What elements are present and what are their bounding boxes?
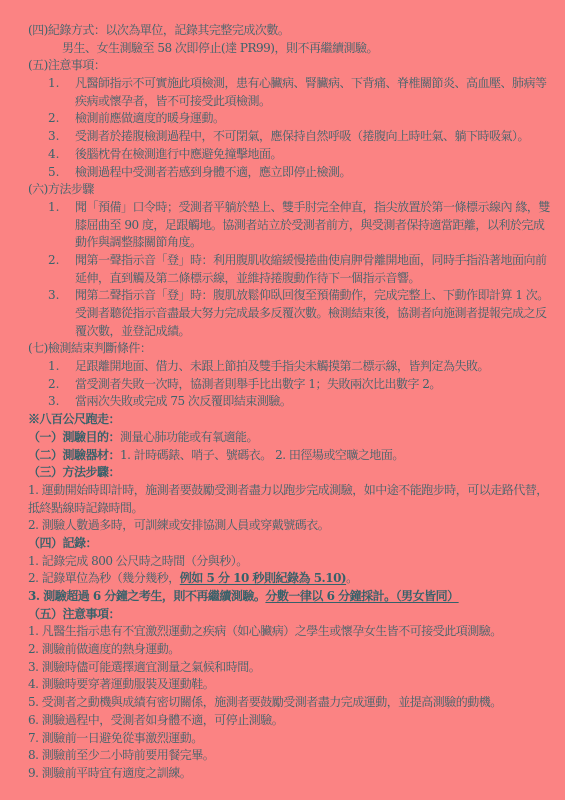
text-line: 2. 測驗前做適度的熱身運動。 xyxy=(28,641,551,659)
text-line: 疾病或懷孕者，皆不可接受此項檢測。 xyxy=(75,93,551,111)
text-line: 延伸，直到觸及第二條標示線，並維持捲腹動作待下一個指示音響。 xyxy=(75,270,551,288)
text-segment: 檢測前應做適度的暖身運動。 xyxy=(75,111,225,125)
text-line: 4.後腦枕骨在檢測進行中應避免撞擊地面。 xyxy=(48,146,551,164)
text-line: 覆次數，並登記成績。 xyxy=(75,323,551,341)
text-line: 受測者聽從指示音盡最大努力完成最多反覆次數。檢測結束後，協測者向施測者提報完成之… xyxy=(75,305,551,323)
text-segment: 後腦枕骨在檢測進行中應避免撞擊地面。 xyxy=(75,147,282,161)
list-item-number: 1. xyxy=(48,75,75,93)
text-segment: 例如 5 分 10 秒則紀錄為 5.10) xyxy=(180,571,346,585)
text-line: 3. 測驗時儘可能選擇適宜測量之氣候和時間。 xyxy=(28,659,551,677)
text-segment: （三）方法步驟： xyxy=(28,465,120,479)
text-line: 1.足跟離開地面、借力、未跟上節拍及雙手指尖未觸摸第二標示線，皆判定為失敗。 xyxy=(48,358,551,376)
text-segment: 6. 測驗過程中，受測者如身體不適，可停止測驗。 xyxy=(28,713,283,727)
text-line: （三）方法步驟： xyxy=(28,464,551,482)
text-line: 2.當受測者失敗一次時，協測者則舉手比出數字 1；失敗兩次比出數字 2。 xyxy=(48,376,551,394)
text-segment: 受測者於捲腹檢測過程中，不可閉氣，應保持自然呼吸（捲腹向上時吐氣、躺下時吸氣）。 xyxy=(75,129,529,143)
text-segment: 測量心肺功能或有氧適能。 xyxy=(120,430,258,444)
text-segment: 1. 記錄完成 800 公尺時之時間（分與秒）。 xyxy=(28,554,248,568)
text-segment: 凡醫師指示不可實施此項檢測，患有心臟病、腎臟病、下背痛、脊椎關節炎、高血壓、肺病… xyxy=(75,76,547,90)
text-segment: 1. 凡醫生指示患有不宜激烈運動之疾病（如心臟病）之學生或懷孕女生皆不可接受此項… xyxy=(28,624,502,638)
text-segment: 覆次數，並登記成績。 xyxy=(75,324,190,338)
text-line: 3. 測驗超過 6 分鐘之考生，則不再繼續測驗。分數一律以 6 分鐘採計。（男女… xyxy=(28,588,551,606)
list-item-number: 2. xyxy=(48,376,75,394)
document-body: (四)紀錄方式：以次為單位，記錄其完整完成次數。男生、女生測驗至 58 次即停止… xyxy=(28,22,551,783)
text-segment: 分數一律以 6 分鐘採計。（男女皆同） xyxy=(265,589,458,603)
list-item-number: 4. xyxy=(48,146,75,164)
text-line: 膝屈曲至 90 度，足跟觸地。協測者站立於受測者前方，與受測者保持適當距離，以利… xyxy=(75,217,551,235)
text-segment: 4. 測驗時要穿著運動服裝及運動鞋。 xyxy=(28,677,214,691)
text-line: 2.聞第一聲指示音「登」時：利用腹肌收縮緩慢捲曲使肩胛骨離開地面，同時手指沿著地… xyxy=(48,252,551,270)
text-segment: 抵終點線時記錄時間。 xyxy=(28,501,143,515)
text-segment: 男生、女生測驗至 58 次即停止(達 PR99)，則不再繼續測驗。 xyxy=(62,41,378,55)
text-line: ※八百公尺跑走： xyxy=(28,411,551,429)
text-line: （五）注意事項： xyxy=(28,606,551,624)
text-line: 1.聞「預備」口令時；受測者平躺於墊上、雙手肘完全伸直，指尖放置於第一條標示線內… xyxy=(48,199,551,217)
text-segment: 1. 運動開始時即計時，施測者要鼓勵受測者盡力以跑步完成測驗，如中途不能跑步時，… xyxy=(28,483,548,497)
text-segment: 2. 測驗前做適度的熱身運動。 xyxy=(28,642,180,656)
text-line: 7. 測驗前一日避免從事激烈運動。 xyxy=(28,730,551,748)
text-line: 8. 測驗前至少二小時前要用餐完畢。 xyxy=(28,747,551,765)
list-item-number: 3. xyxy=(48,128,75,146)
text-segment: 聞第一聲指示音「登」時：利用腹肌收縮緩慢捲曲使肩胛骨離開地面，同時手指沿著地面向… xyxy=(75,253,547,267)
text-segment: ※八百公尺跑走： xyxy=(28,412,120,426)
text-segment: （四）記錄： xyxy=(28,536,97,550)
text-segment: 2. 記錄單位為秒（幾分幾秒， xyxy=(28,571,180,585)
text-line: (四)紀錄方式：以次為單位，記錄其完整完成次數。 xyxy=(28,22,551,40)
text-segment: 檢測過程中受測者若感到身體不適，應立即停止檢測。 xyxy=(75,165,351,179)
text-line: 2.檢測前應做適度的暖身運動。 xyxy=(48,110,551,128)
text-line: 9. 測驗前平時宜有適度之訓練。 xyxy=(28,765,551,783)
text-segment: 8. 測驗前至少二小時前要用餐完畢。 xyxy=(28,748,214,762)
text-segment: 當兩次失敗或完成 75 次反覆即結束測驗。 xyxy=(75,394,291,408)
text-segment: 受測者聽從指示音盡最大努力完成最多反覆次數。檢測結束後，協測者向施測者提報完成之… xyxy=(75,306,547,320)
text-line: (六)方法步驟 xyxy=(28,181,551,199)
text-line: 2. 記錄單位為秒（幾分幾秒，例如 5 分 10 秒則紀錄為 5.10)。 xyxy=(28,570,551,588)
text-line: 5.檢測過程中受測者若感到身體不適，應立即停止檢測。 xyxy=(48,164,551,182)
text-line: 3.當兩次失敗或完成 75 次反覆即結束測驗。 xyxy=(48,393,551,411)
text-line: 5. 受測者之動機與成績有密切關係，施測者要鼓勵受測者盡力完成運動，並提高測驗的… xyxy=(28,694,551,712)
text-line: 1. 運動開始時即計時，施測者要鼓勵受測者盡力以跑步完成測驗，如中途不能跑步時，… xyxy=(28,482,551,500)
text-segment: (五)注意事項： xyxy=(28,58,105,72)
list-item-number: 5. xyxy=(48,164,75,182)
text-line: 3.聞第二聲指示音「登」時：腹肌放鬆仰臥回復至預備動作，完成完整上、下動作即計算… xyxy=(48,287,551,305)
text-line: (五)注意事項： xyxy=(28,57,551,75)
list-item-number: 3. xyxy=(48,287,75,305)
text-line: （四）記錄： xyxy=(28,535,551,553)
list-item-number: 3. xyxy=(48,393,75,411)
text-segment: 2. 測驗人數過多時，可訓練或安排協測人員或穿戴號碼衣。 xyxy=(28,518,329,532)
text-line: 2. 測驗人數過多時，可訓練或安排協測人員或穿戴號碼衣。 xyxy=(28,517,551,535)
text-segment: 9. 測驗前平時宜有適度之訓練。 xyxy=(28,766,191,780)
text-segment: 3. 測驗時儘可能選擇適宜測量之氣候和時間。 xyxy=(28,660,260,674)
text-segment: 7. 測驗前一日避免從事激烈運動。 xyxy=(28,731,203,745)
list-item-number: 2. xyxy=(48,110,75,128)
text-segment: 足跟離開地面、借力、未跟上節拍及雙手指尖未觸摸第二標示線，皆判定為失敗。 xyxy=(75,359,489,373)
list-item-number: 2. xyxy=(48,252,75,270)
text-segment: 膝屈曲至 90 度，足跟觸地。協測者站立於受測者前方，與受測者保持適當距離，以利… xyxy=(75,218,544,232)
text-segment: 延伸，直到觸及第二條標示線，並維持捲腹動作待下一個指示音響。 xyxy=(75,271,420,285)
text-segment: （一）測驗目的： xyxy=(28,430,120,444)
document-page: (四)紀錄方式：以次為單位，記錄其完整完成次數。男生、女生測驗至 58 次即停止… xyxy=(0,0,565,800)
text-segment: (四)紀錄方式：以次為單位，記錄其完整完成次數。 xyxy=(28,23,289,37)
text-segment: （五）注意事項： xyxy=(28,607,120,621)
text-segment: (七)檢測結束判斷條件： xyxy=(28,341,151,355)
text-segment: 動作與調整膝關節角度。 xyxy=(75,235,202,249)
text-line: 動作與調整膝關節角度。 xyxy=(75,234,551,252)
text-line: （二）測驗器材：1. 計時碼錶、哨子、號碼衣。 2. 田徑場或空曠之地面。 xyxy=(28,447,551,465)
text-line: 6. 測驗過程中，受測者如身體不適，可停止測驗。 xyxy=(28,712,551,730)
text-segment: 疾病或懷孕者，皆不可接受此項檢測。 xyxy=(75,94,271,108)
text-line: 1. 凡醫生指示患有不宜激烈運動之疾病（如心臟病）之學生或懷孕女生皆不可接受此項… xyxy=(28,623,551,641)
text-segment: （二）測驗器材： xyxy=(28,448,120,462)
text-segment: 3. 測驗超過 6 分鐘之考生，則不再繼續測驗。 xyxy=(28,589,265,603)
text-segment: 1. 計時碼錶、哨子、號碼衣。 2. 田徑場或空曠之地面。 xyxy=(120,448,404,462)
text-line: （一）測驗目的：測量心肺功能或有氧適能。 xyxy=(28,429,551,447)
text-line: 男生、女生測驗至 58 次即停止(達 PR99)，則不再繼續測驗。 xyxy=(62,40,551,58)
text-line: 1.凡醫師指示不可實施此項檢測，患有心臟病、腎臟病、下背痛、脊椎關節炎、高血壓、… xyxy=(48,75,551,93)
text-segment: 5. 受測者之動機與成績有密切關係，施測者要鼓勵受測者盡力完成運動，並提高測驗的… xyxy=(28,695,502,709)
list-item-number: 1. xyxy=(48,199,75,217)
text-line: 3.受測者於捲腹檢測過程中，不可閉氣，應保持自然呼吸（捲腹向上時吐氣、躺下時吸氣… xyxy=(48,128,551,146)
text-line: 抵終點線時記錄時間。 xyxy=(28,500,551,518)
text-line: 4. 測驗時要穿著運動服裝及運動鞋。 xyxy=(28,676,551,694)
text-segment: 當受測者失敗一次時，協測者則舉手比出數字 1；失敗兩次比出數字 2。 xyxy=(75,377,441,391)
text-segment: 。 xyxy=(346,571,358,585)
text-line: 1. 記錄完成 800 公尺時之時間（分與秒）。 xyxy=(28,553,551,571)
text-segment: 聞第二聲指示音「登」時：腹肌放鬆仰臥回復至預備動作，完成完整上、下動作即計算 1… xyxy=(75,288,549,302)
text-segment: (六)方法步驟 xyxy=(28,182,94,196)
text-segment: 聞「預備」口令時；受測者平躺於墊上、雙手肘完全伸直，指尖放置於第一條標示線內 緣… xyxy=(75,200,550,214)
text-line: (七)檢測結束判斷條件： xyxy=(28,340,551,358)
list-item-number: 1. xyxy=(48,358,75,376)
